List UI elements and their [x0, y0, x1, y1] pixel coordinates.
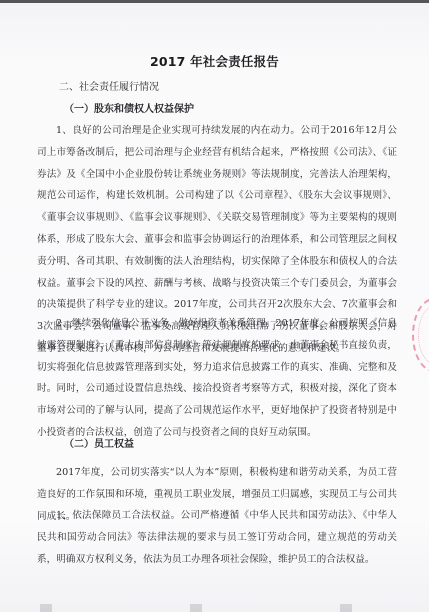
subsection-heading-employees: （二）员工权益 — [64, 435, 134, 450]
scan-edge — [0, 0, 429, 3]
subsection-heading-shareholders: （一）股东和债权人权益保护 — [64, 100, 194, 115]
paragraph-information-disclosure: 2、继续强化信息公开义务，做好投资者关系管理。2017年度，公司按照《信息披露管… — [37, 313, 397, 444]
section-heading: 二、社会责任履行情况 — [59, 78, 159, 93]
paragraph-employee-rights: 1、依法保障员工合法权益。公司严格遵循《中华人民共和国劳动法》、《中华人民共和国… — [37, 505, 397, 570]
document-title: 2017 年社会责任报告 — [0, 52, 429, 70]
scanned-document-page: 2017 年社会责任报告 二、社会责任履行情况 （一）股东和债权人权益保护 1、… — [0, 0, 429, 612]
scan-bottom-artifacts — [0, 604, 429, 612]
